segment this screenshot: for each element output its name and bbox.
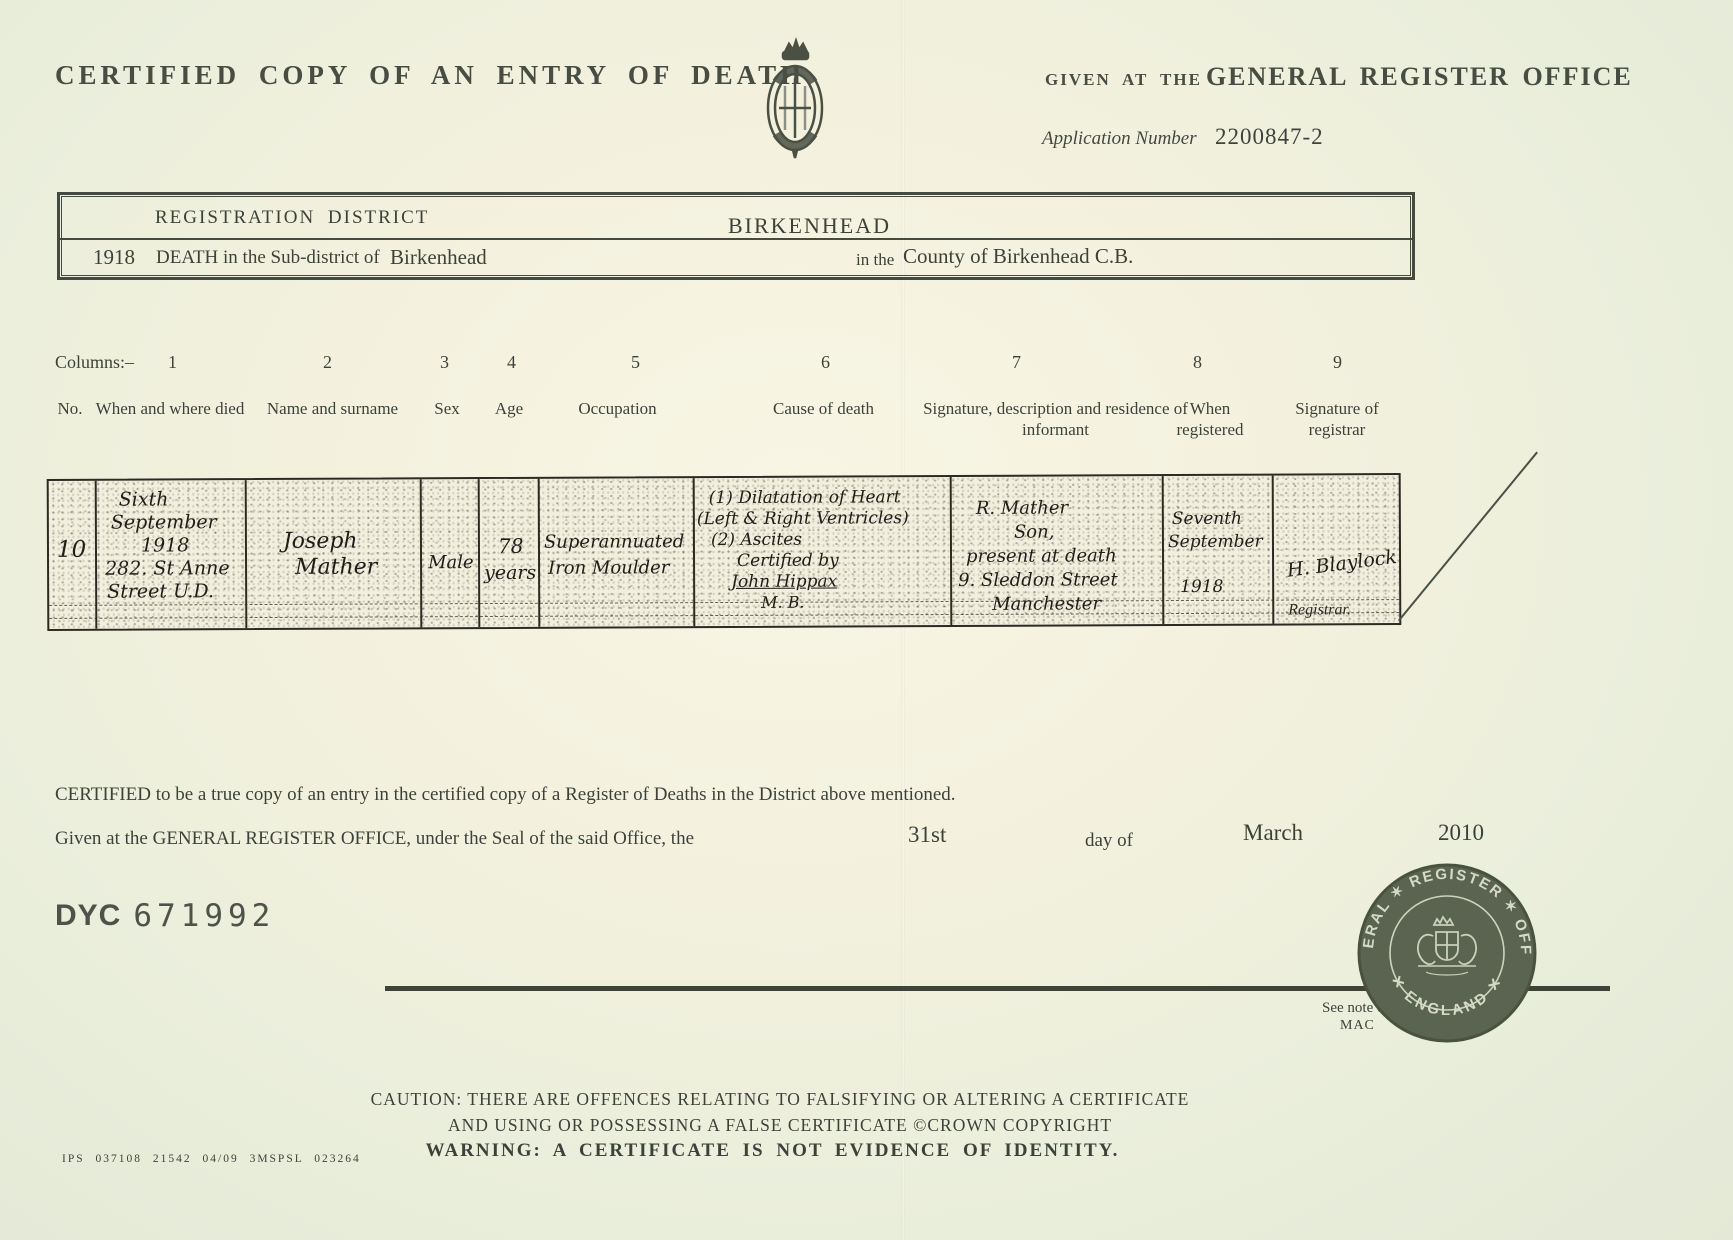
issue-year: 2010 — [1438, 820, 1484, 846]
registration-district-box: REGISTRATION DISTRICT BIRKENHEAD 1918 DE… — [57, 192, 1415, 280]
application-number-label: Application Number — [1042, 128, 1197, 150]
registration-year: 1918 — [93, 245, 135, 270]
register-entry-row: 10 Sixth September 1918 282. St Anne Str… — [47, 473, 1402, 631]
entry-informant-line: Manchester — [952, 592, 1162, 617]
cell-when-registered: Seventh September 1918 — [1164, 476, 1275, 624]
caution-line-2: AND USING OR POSSESSING A FALSE CERTIFIC… — [0, 1112, 1560, 1138]
certificate-title: CERTIFIED COPY OF AN ENTRY OF DEATH — [55, 60, 805, 91]
entry-died-line: Street U.D. — [97, 580, 245, 604]
cell-sex: Male — [422, 479, 481, 627]
entry-informant-line: present at death — [952, 544, 1162, 569]
header-informant: Signature, description and residence of … — [918, 398, 1193, 440]
caution-line-1: CAUTION: THERE ARE OFFENCES RELATING TO … — [0, 1086, 1560, 1112]
cell-registrar: H. Blaylock Registrar. — [1274, 475, 1398, 624]
entry-died-line: September — [97, 511, 245, 535]
entry-name-line: Mather — [247, 552, 420, 583]
column-number-4: 4 — [507, 352, 516, 373]
entry-cause-line: (Left & Right Ventricles) — [695, 508, 950, 530]
given-at-prefix: GIVEN AT THE — [1045, 70, 1202, 89]
entry-name-line: Joseph — [247, 479, 420, 553]
serial-prefix: DYC — [55, 899, 121, 932]
registration-district-value: BIRKENHEAD — [728, 213, 891, 239]
cell-age: 78 years — [480, 479, 541, 627]
entry-cause-line: M. B. — [695, 592, 950, 613]
columns-label: Columns:– — [55, 352, 134, 373]
header-when-registered: When registered — [1155, 398, 1265, 440]
registrar-signature: H. Blaylock — [1268, 468, 1403, 584]
cell-informant: R. Mather Son, present at death 9. Sledd… — [952, 476, 1165, 625]
entry-occupation-line: Iron Moulder — [540, 553, 693, 584]
entry-age-line: years — [480, 558, 538, 588]
header-no: No. — [40, 398, 100, 419]
registration-district-label: REGISTRATION DISTRICT — [155, 207, 429, 229]
header-name-surname: Name and surname — [245, 398, 420, 419]
column-number-9: 9 — [1333, 352, 1342, 373]
entry-cause-line: John Hippax — [695, 571, 950, 593]
county-value: County of Birkenhead C.B. — [903, 244, 1133, 269]
entry-age-line: 78 — [480, 479, 538, 558]
entry-died-line: Sixth — [97, 480, 245, 512]
header-cause-of-death: Cause of death — [695, 398, 952, 419]
entry-cause-line: (1) Dilatation of Heart — [695, 477, 950, 509]
cell-cause-of-death: (1) Dilatation of Heart (Left & Right Ve… — [695, 477, 953, 626]
column-number-7: 7 — [1012, 352, 1021, 373]
royal-crest-icon — [753, 34, 837, 166]
entry-cause-line: (2) Ascites — [695, 529, 950, 551]
cell-occupation: Superannuated Iron Moulder — [540, 478, 696, 627]
certificate-serial: DYC 671992 — [55, 898, 275, 934]
column-number-6: 6 — [821, 352, 830, 373]
death-certificate-page: CERTIFIED COPY OF AN ENTRY OF DEATH GIVE… — [0, 0, 1733, 1240]
header-registrar-signature: Signature of registrar — [1267, 398, 1407, 440]
entry-informant-line: Son, — [952, 520, 1162, 545]
entry-died-line: 282. St Anne — [97, 557, 245, 581]
header-age: Age — [478, 398, 540, 419]
entry-died-line: 1918 — [97, 534, 245, 558]
entry-sex: Male — [422, 479, 478, 574]
registrar-printed-label: Registrar. — [1288, 601, 1351, 619]
general-register-office-title: GENERAL REGISTER OFFICE — [1206, 62, 1633, 91]
cell-name: Joseph Mather — [247, 479, 423, 628]
header-sex: Sex — [418, 398, 476, 419]
header-when-where-died: When and where died — [95, 398, 245, 419]
serial-number: 671992 — [133, 898, 275, 934]
general-register-office-seal: GENERAL ✶ REGISTER ✶ OFFICE ✕ ENGLAND ✕ — [1356, 862, 1538, 1044]
column-number-3: 3 — [440, 352, 449, 373]
cell-when-where-died: Sixth September 1918 282. St Anne Street… — [97, 480, 248, 629]
given-at-title: GIVEN AT THE GENERAL REGISTER OFFICE — [1045, 62, 1535, 92]
entry-registered-line: Seventh — [1164, 476, 1272, 531]
day-of-label: day of — [1085, 830, 1133, 852]
entry-occupation-line: Superannuated — [540, 478, 693, 554]
entry-registered-line: 1918 — [1164, 576, 1272, 599]
certified-statement: CERTIFIED to be a true copy of an entry … — [55, 784, 956, 806]
column-number-8: 8 — [1193, 352, 1202, 373]
cell-no: 10 — [49, 481, 98, 629]
subdistrict-value: Birkenhead — [390, 245, 487, 270]
print-code: IPS 037108 21542 04/09 3MSPSL 023264 — [62, 1153, 361, 1165]
given-statement: Given at the GENERAL REGISTER OFFICE, un… — [55, 828, 694, 850]
in-the-label: in the — [856, 250, 894, 270]
column-number-1: 1 — [168, 352, 177, 373]
entry-no: 10 — [49, 481, 95, 562]
entry-diagonal-strike-line — [1398, 452, 1538, 621]
death-subdistrict-label: DEATH in the Sub-district of — [156, 247, 380, 269]
entry-informant-line: R. Mather — [952, 476, 1162, 521]
header-occupation: Occupation — [540, 398, 695, 419]
entry-informant-line: 9. Sleddon Street — [952, 568, 1162, 593]
issue-day: 31st — [908, 822, 946, 848]
column-number-5: 5 — [631, 352, 640, 373]
entry-cause-line: Certified by — [695, 550, 950, 572]
application-number-value: 2200847-2 — [1215, 124, 1324, 150]
column-number-2: 2 — [323, 352, 332, 373]
entry-registered-line: September — [1164, 531, 1272, 554]
issue-month: March — [1243, 820, 1303, 846]
